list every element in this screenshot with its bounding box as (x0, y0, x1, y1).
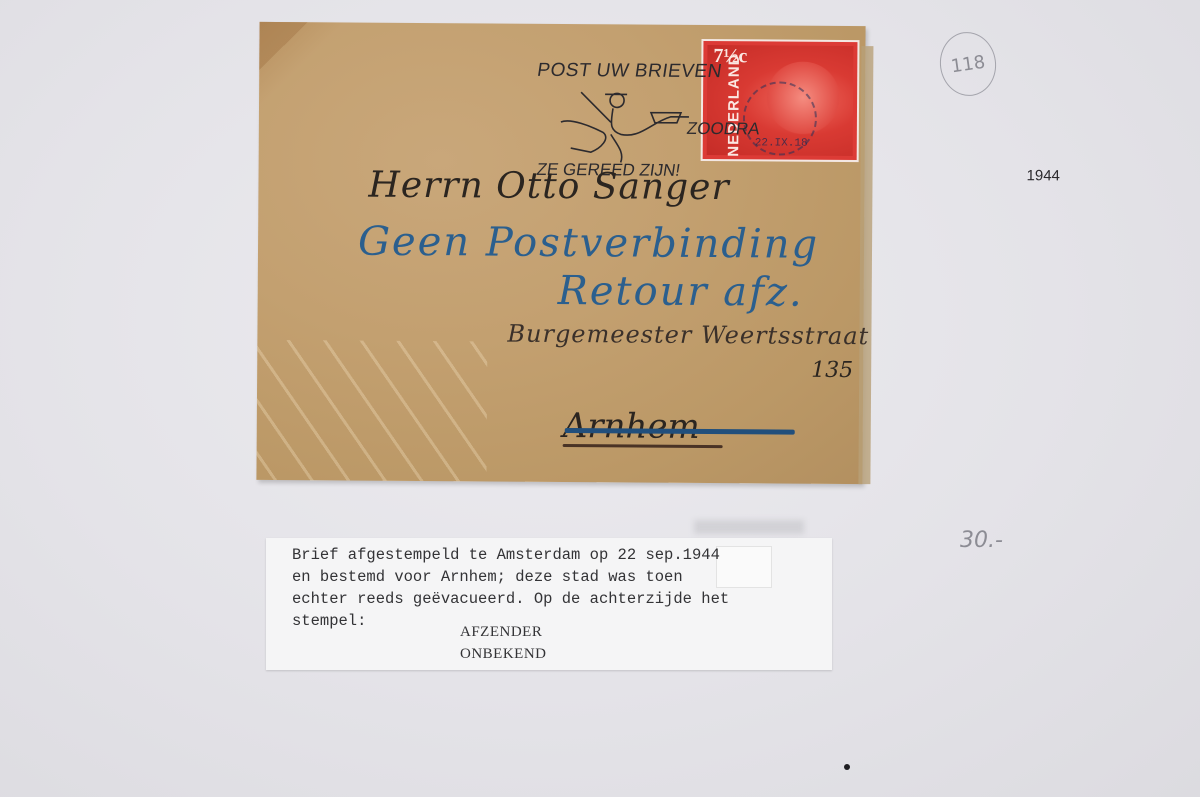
cancel-year: 1944 (1026, 167, 1059, 184)
recipient-name: Herrn Otto Sanger (368, 165, 729, 209)
catalog-number: 118 (936, 28, 1000, 99)
description-label: Brief afgestempeld te Amsterdam op 22 se… (266, 538, 832, 670)
label-line-3: echter reeds geëvacueerd. Op de achterzi… (292, 590, 729, 608)
label-residue (694, 520, 804, 534)
label-line-2: en bestemd voor Arnhem; deze stad was to… (292, 568, 683, 586)
address-street: Burgemeester Weertsstraat (507, 320, 869, 351)
cancel-slogan-line1: POST UW BRIEVEN (536, 60, 724, 83)
label-line-1: Brief afgestempeld te Amsterdam op 22 se… (292, 546, 720, 564)
annotation-no-postal-connection: Geen Postverbinding (358, 219, 819, 268)
address-number: 135 (811, 358, 853, 383)
dust-speck (844, 764, 850, 770)
label-line-4: stempel: (292, 612, 366, 630)
catalog-number-text: 118 (950, 51, 987, 77)
postman-figure-icon (551, 82, 692, 165)
label-stamp-text-1: AFZENDER (460, 624, 542, 641)
album-page: 7½c NEDERLAND 22.IX.18 POST UW BRIEVEN Z… (0, 0, 1200, 797)
city-underline (563, 444, 723, 448)
annotation-return-to-sender: Retour afz. (558, 268, 804, 316)
address-city: Arnhem (563, 406, 700, 447)
envelope-edge (858, 46, 873, 484)
label-stamp-text-2: ONBEKEND (460, 646, 547, 663)
postage-stamp: 7½c NEDERLAND 22.IX.18 (703, 41, 858, 160)
envelope: 7½c NEDERLAND 22.IX.18 POST UW BRIEVEN Z… (256, 22, 865, 484)
postmark-date: 22.IX.18 (755, 137, 808, 149)
correction-patch (716, 546, 772, 588)
stamp-country: NEDERLAND (725, 67, 743, 157)
cancel-slogan-line2: ZOODRA (685, 119, 761, 139)
price-note: 30.- (960, 528, 1003, 553)
